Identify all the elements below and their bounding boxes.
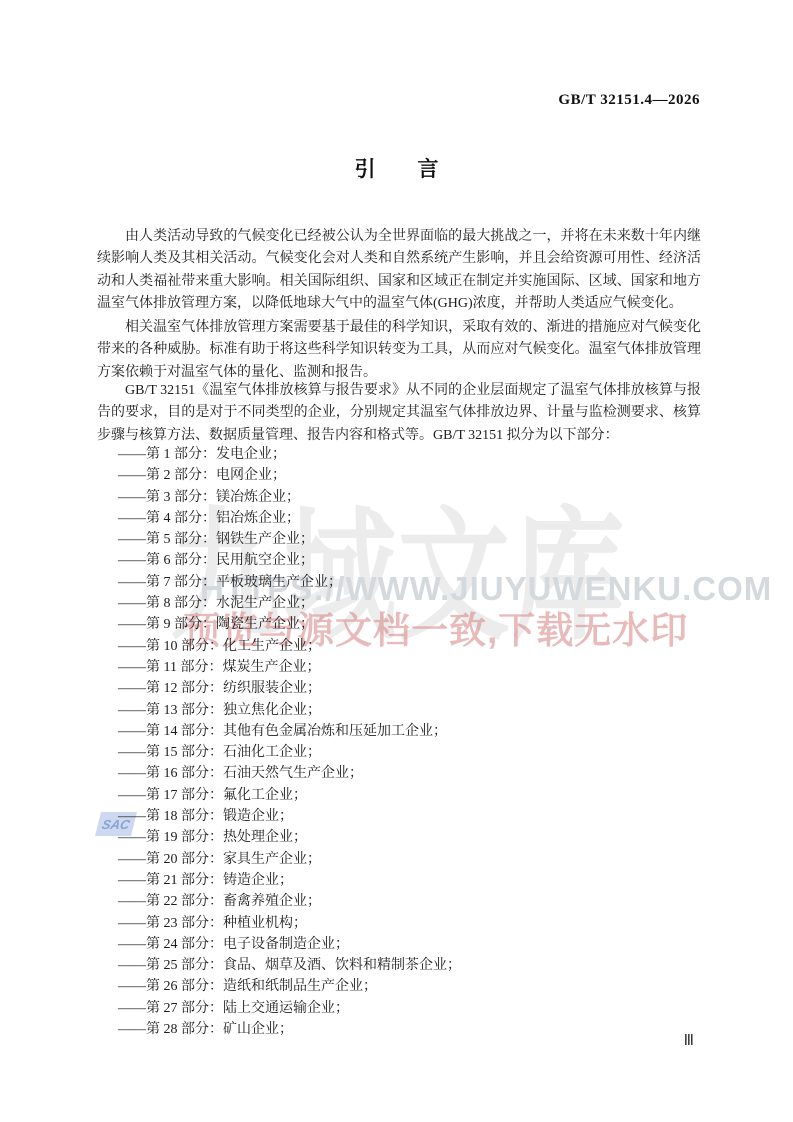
- part-item: ——第 22 部分：畜禽养殖企业；: [97, 891, 701, 912]
- part-item: ——第 19 部分：热处理企业；: [97, 827, 701, 848]
- part-item: ——第 6 部分：民用航空企业；: [97, 550, 701, 571]
- intro-paragraph-1: 由人类活动导致的气候变化已经被公认为全世界面临的最大挑战之一，并将在未来数十年内…: [97, 226, 701, 316]
- document-text-layer: GB/T 32151.4—2026 引 言 由人类活动导致的气候变化已经被公认为…: [0, 0, 793, 1122]
- part-item: ——第 10 部分：化工生产企业；: [97, 636, 701, 657]
- page-number: Ⅲ: [684, 1031, 694, 1050]
- part-item: ——第 27 部分：陆上交通运输企业；: [97, 998, 701, 1019]
- standard-number: GB/T 32151.4—2026: [558, 92, 700, 109]
- part-item: ——第 11 部分：煤炭生产企业；: [97, 657, 701, 678]
- part-item: ——第 20 部分：家具生产企业；: [97, 849, 701, 870]
- part-item: ——第 2 部分：电网企业；: [97, 465, 701, 486]
- part-item: ——第 21 部分：铸造企业；: [97, 870, 701, 891]
- part-item: ——第 16 部分：石油天然气生产企业；: [97, 763, 701, 784]
- part-item: ——第 3 部分：镁冶炼企业；: [97, 487, 701, 508]
- part-item: ——第 28 部分：矿山企业；: [97, 1019, 701, 1040]
- part-item: ——第 9 部分：陶瓷生产企业；: [97, 614, 701, 635]
- intro-paragraph-2: 相关温室气体排放管理方案需要基于最佳的科学知识，采取有效的、渐进的措施应对气候变…: [97, 317, 701, 384]
- part-item: ——第 13 部分：独立焦化企业；: [97, 700, 701, 721]
- intro-paragraph-3: GB/T 32151《温室气体排放核算与报告要求》从不同的企业层面规定了温室气体…: [97, 380, 701, 447]
- part-item: ——第 1 部分：发电企业；: [97, 444, 701, 465]
- part-item: ——第 7 部分：平板玻璃生产企业；: [97, 572, 701, 593]
- part-item: ——第 8 部分：水泥生产企业；: [97, 593, 701, 614]
- part-item: ——第 4 部分：铝冶炼企业；: [97, 508, 701, 529]
- part-item: ——第 24 部分：电子设备制造企业；: [97, 934, 701, 955]
- part-item: ——第 15 部分：石油化工企业；: [97, 742, 701, 763]
- part-item: ——第 18 部分：锻造企业；: [97, 806, 701, 827]
- part-item: ——第 5 部分：钢铁生产企业；: [97, 529, 701, 550]
- part-item: ——第 17 部分：氟化工企业；: [97, 785, 701, 806]
- part-item: ——第 25 部分：食品、烟草及酒、饮料和精制茶企业；: [97, 955, 701, 976]
- part-item: ——第 26 部分：造纸和纸制品生产企业；: [97, 976, 701, 997]
- document-page: 九域文库 HTTPS://WWW.JIUYUWENKU.COM 预览与源文档一致…: [0, 0, 793, 1122]
- standard-parts-list: ——第 1 部分：发电企业； ——第 2 部分：电网企业； ——第 3 部分：镁…: [97, 444, 701, 1040]
- page-title: 引 言: [0, 153, 793, 183]
- part-item: ——第 14 部分：其他有色金属冶炼和压延加工企业；: [97, 721, 701, 742]
- part-item: ——第 23 部分：种植业机构；: [97, 913, 701, 934]
- part-item: ——第 12 部分：纺织服装企业；: [97, 678, 701, 699]
